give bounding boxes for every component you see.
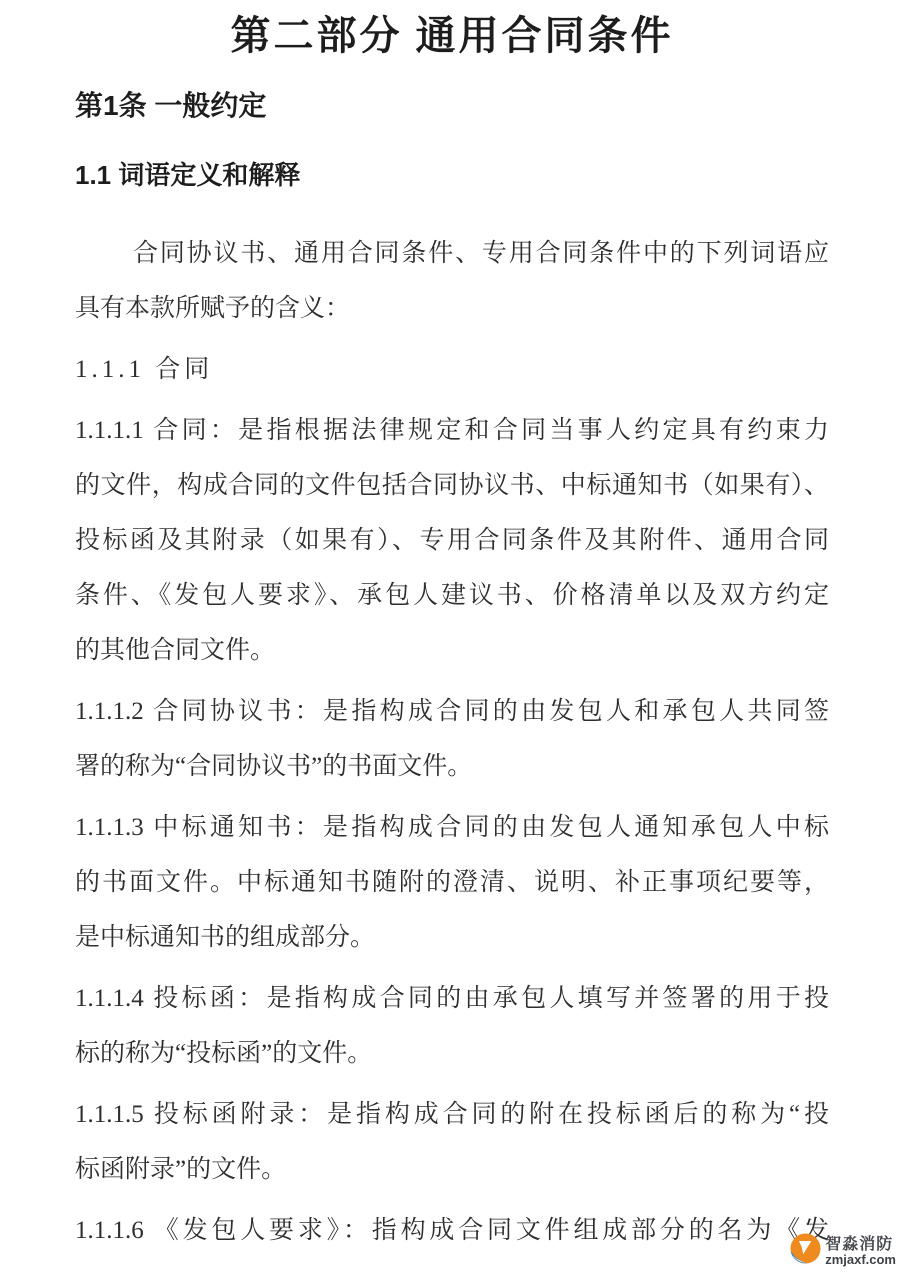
watermark-logo-icon bbox=[790, 1233, 821, 1269]
paragraph-intro: 合同协议书、通用合同条件、专用合同条件中的下列词语应 具有本款所赋予的含义： bbox=[75, 226, 829, 336]
text-line: 1.1.1.6 《发包人要求》：指构成合同文件组成部分的名为《发 bbox=[75, 1203, 829, 1258]
text-line: 具有本款所赋予的含义： bbox=[75, 281, 829, 336]
watermark: 智淼消防 zmjaxf.com bbox=[790, 1233, 896, 1269]
watermark-brand: 智淼消防 bbox=[825, 1236, 896, 1253]
text-line: 1.1.1.5 投标函附录：是指构成合同的附在投标函后的称为“投 bbox=[75, 1087, 829, 1142]
paragraph-clause-1-1-1-6: 1.1.1.6 《发包人要求》：指构成合同文件组成部分的名为《发 bbox=[75, 1203, 829, 1258]
paragraph-clause-1-1-1-1: 1.1.1.1 合同：是指根据法律规定和合同当事人约定具有约束力 的文件，构成合… bbox=[75, 403, 829, 678]
text-line: 投标函及其附录（如果有）、专用合同条件及其附件、通用合同 bbox=[75, 513, 829, 568]
heading-1-1: 1.1 词语定义和解释 bbox=[75, 160, 829, 190]
paragraph-clause-1-1-1-5: 1.1.1.5 投标函附录：是指构成合同的附在投标函后的称为“投 标函附录”的文… bbox=[75, 1087, 829, 1197]
paragraph-clause-1-1-1-2: 1.1.1.2 合同协议书：是指构成合同的由发包人和承包人共同签 署的称为“合同… bbox=[75, 684, 829, 794]
paragraph-clause-1-1-1-4: 1.1.1.4 投标函：是指构成合同的由承包人填写并签署的用于投 标的称为“投标… bbox=[75, 971, 829, 1081]
text-line: 条件、《发包人要求》、承包人建议书、价格清单以及双方约定 bbox=[75, 568, 829, 623]
text-line: 标的称为“投标函”的文件。 bbox=[75, 1026, 829, 1081]
text-line: 的其他合同文件。 bbox=[75, 623, 829, 678]
text-line: 合同协议书、通用合同条件、专用合同条件中的下列词语应 bbox=[75, 226, 829, 281]
document-page: 第二部分 通用合同条件 第1条 一般约定 1.1 词语定义和解释 合同协议书、通… bbox=[0, 0, 899, 1274]
paragraph-clause-1-1-1: 1.1.1 合同 bbox=[75, 342, 829, 397]
text-line: 的文件，构成合同的文件包括合同协议书、中标通知书（如果有）、 bbox=[75, 458, 829, 513]
text-line: 的书面文件。中标通知书随附的澄清、说明、补正事项纪要等， bbox=[75, 855, 829, 910]
text-line: 署的称为“合同协议书”的书面文件。 bbox=[75, 739, 829, 794]
text-line: 1.1.1.2 合同协议书：是指构成合同的由发包人和承包人共同签 bbox=[75, 684, 829, 739]
text-line: 1.1.1.4 投标函：是指构成合同的由承包人填写并签署的用于投 bbox=[75, 971, 829, 1026]
paragraph-clause-1-1-1-3: 1.1.1.3 中标通知书：是指构成合同的由发包人通知承包人中标 的书面文件。中… bbox=[75, 800, 829, 965]
text-line: 1.1.1.3 中标通知书：是指构成合同的由发包人通知承包人中标 bbox=[75, 800, 829, 855]
text-line: 1.1.1.1 合同：是指根据法律规定和合同当事人约定具有约束力 bbox=[75, 403, 829, 458]
text-line: 标函附录”的文件。 bbox=[75, 1142, 829, 1197]
watermark-text: 智淼消防 zmjaxf.com bbox=[825, 1236, 896, 1267]
document-body: 合同协议书、通用合同条件、专用合同条件中的下列词语应 具有本款所赋予的含义： 1… bbox=[75, 226, 829, 1258]
document-title: 第二部分 通用合同条件 bbox=[75, 10, 829, 62]
heading-clause-1: 第1条 一般约定 bbox=[75, 89, 829, 123]
text-line: 1.1.1 合同 bbox=[75, 342, 829, 397]
watermark-site: zmjaxf.com bbox=[825, 1253, 896, 1267]
text-line: 是中标通知书的组成部分。 bbox=[75, 910, 829, 965]
